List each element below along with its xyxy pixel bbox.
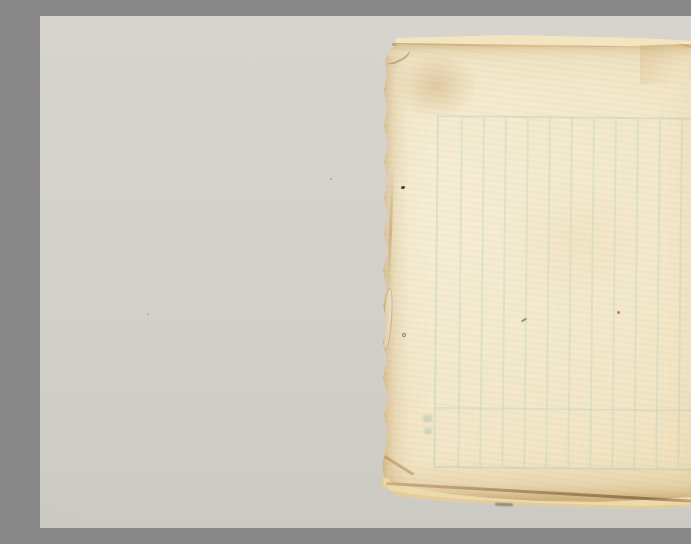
notebook-stack bbox=[40, 16, 691, 528]
top-page bbox=[40, 16, 691, 528]
photo-scene: A blank, yellowed stack of notebook page… bbox=[40, 16, 691, 528]
page-edge-shading bbox=[378, 40, 691, 502]
bottom-edge-smudge bbox=[495, 503, 513, 507]
